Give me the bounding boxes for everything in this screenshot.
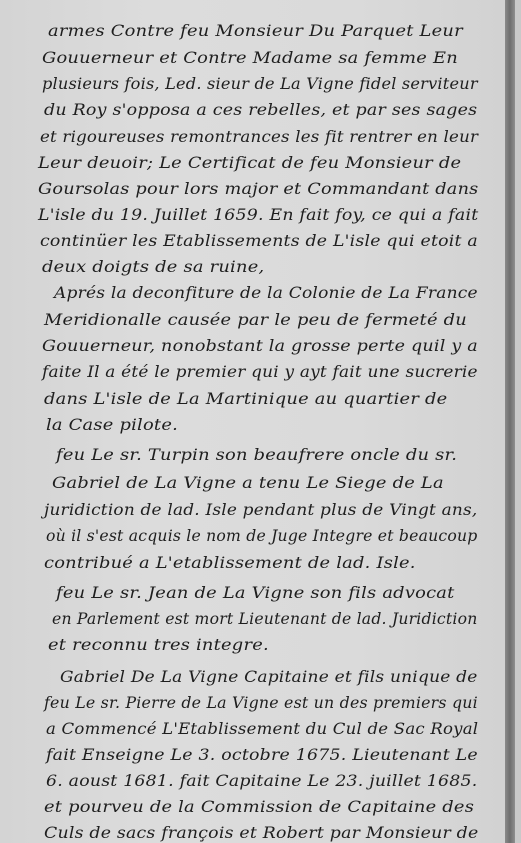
manuscript-line: où il s'est acquis le nom de Juge Integr… [46, 527, 477, 545]
manuscript-line: Gouuerneur et Contre Madame sa femme En [42, 49, 458, 67]
manuscript-line: deux doigts de sa ruine, [42, 258, 264, 276]
manuscript-line: et pourveu de la Commission de Capitaine… [44, 798, 474, 816]
manuscript-page: armes Contre feu Monsieur Du Parquet Leu… [0, 0, 505, 843]
manuscript-line: armes Contre feu Monsieur Du Parquet Leu… [48, 22, 463, 40]
manuscript-line: et rigoureuses remontrances les fit rent… [40, 128, 478, 146]
manuscript-line: feu Le sr. Jean de La Vigne son fils adv… [56, 584, 455, 602]
manuscript-line: continüer les Etablissements de L'isle q… [40, 232, 478, 250]
manuscript-line: Gabriel de La Vigne a tenu Le Siege de L… [52, 474, 444, 492]
manuscript-line: dans L'isle de La Martinique au quartier… [44, 390, 447, 408]
manuscript-line: en Parlement est mort Lieutenant de lad.… [52, 610, 477, 628]
manuscript-line: la Case pilote. [46, 416, 178, 434]
page-edge [515, 0, 521, 843]
manuscript-line: Gouuerneur, nonobstant la grosse perte q… [42, 337, 478, 355]
manuscript-line: a Commencé L'Etablissement du Cul de Sac… [46, 720, 478, 738]
manuscript-line: Gabriel De La Vigne Capitaine et fils un… [60, 668, 478, 686]
binding-gutter [505, 0, 515, 843]
manuscript-line: juridiction de lad. Isle pendant plus de… [44, 501, 477, 519]
manuscript-text-block: armes Contre feu Monsieur Du Parquet Leu… [0, 0, 505, 843]
manuscript-line: Aprés la deconfiture de la Colonie de La… [54, 284, 478, 302]
manuscript-line: feu Le sr. Turpin son beaufrere oncle du… [56, 446, 457, 464]
manuscript-line: contribué a L'etablissement de lad. Isle… [44, 554, 416, 572]
manuscript-line: Meridionalle causée par le peu de fermet… [44, 311, 467, 329]
manuscript-line: Culs de sacs françois et Robert par Mons… [44, 824, 478, 842]
manuscript-line: et reconnu tres integre. [48, 636, 269, 654]
manuscript-line: du Roy s'opposa a ces rebelles, et par s… [44, 101, 477, 119]
manuscript-line: feu Le sr. Pierre de La Vigne est un des… [44, 694, 478, 712]
manuscript-line: fait Enseigne Le 3. octobre 1675. Lieute… [46, 746, 478, 764]
manuscript-line: faite Il a été le premier qui y ayt fait… [42, 363, 478, 381]
manuscript-line: 6. aoust 1681. fait Capitaine Le 23. jui… [46, 772, 477, 790]
manuscript-line: L'isle du 19. Juillet 1659. En fait foy,… [38, 206, 478, 224]
manuscript-line: plusieurs fois, Led. sieur de La Vigne f… [42, 75, 478, 93]
manuscript-line: Goursolas pour lors major et Commandant … [38, 180, 478, 198]
manuscript-line: Leur deuoir; Le Certificat de feu Monsie… [38, 154, 461, 172]
